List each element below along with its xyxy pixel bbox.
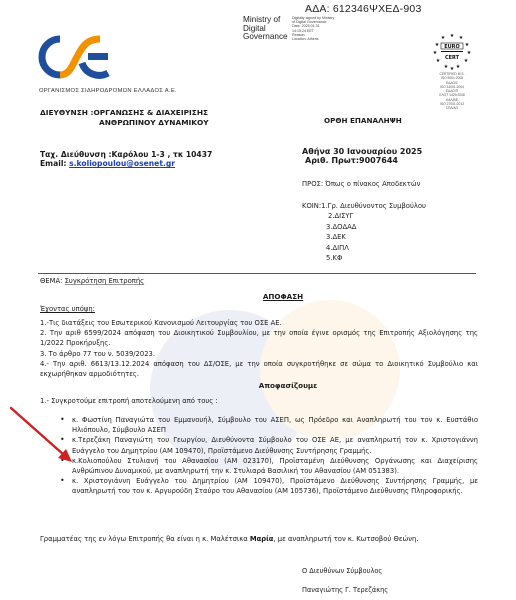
- svg-text:★: ★: [450, 33, 455, 39]
- svg-text:★: ★: [450, 66, 455, 72]
- protocol-number: Αριθ. Πρωτ:9007644: [302, 156, 422, 165]
- digital-signature: Digitally signed by Ministry of Digital …: [292, 16, 334, 41]
- considering-heading: Έχοντας υπόψη:: [40, 305, 95, 313]
- svg-text:CERT: CERT: [445, 55, 460, 61]
- signatory-name: Παναγιώτης Γ. Τερεζάκης: [302, 586, 388, 594]
- considerations-list: 1.-Τις διατάξεις του Εσωτερικού Κανονισμ…: [40, 318, 478, 379]
- svg-text:★: ★: [444, 64, 449, 70]
- svg-text:EURO: EURO: [444, 44, 460, 50]
- eurocert-badge-icon: ★★★ ★★ ★★ ★★ ★★★ EURO CERT: [430, 32, 474, 72]
- signatory-title: Ο Διευθύνων Σύμβουλος: [302, 567, 382, 575]
- ose-logo-icon: [38, 33, 116, 81]
- consideration-item: 4.- Την αριθ. 6613/13.12.2024 απόφαση το…: [40, 359, 478, 379]
- svg-text:★: ★: [435, 42, 440, 48]
- email-link[interactable]: s.koliopoulou@osenet.gr: [69, 159, 175, 168]
- consideration-item: 2. Την αριθ 6599/2024 απόφαση του Διοικη…: [40, 328, 478, 348]
- consideration-item: 1.-Τις διατάξεις του Εσωτερικού Κανονισμ…: [40, 318, 478, 328]
- svg-text:★: ★: [465, 42, 470, 48]
- svg-text:★: ★: [459, 35, 464, 41]
- svg-text:★: ★: [464, 58, 469, 64]
- committee-member: κ. Φωστίνη Παναγιώτα του Εμμανουήλ, Σύμβ…: [60, 415, 478, 435]
- subject-line: ΘΕΜΑ: Συγκρότηση Επιτροπής: [40, 277, 144, 285]
- svg-text:★: ★: [436, 58, 441, 64]
- date-protocol: Αθήνα 30 Ιανουαρίου 2025 Αριθ. Πρωτ:9007…: [302, 147, 422, 165]
- committee-members-list: κ. Φωστίνη Παναγιώτα του Εμμανουήλ, Σύμβ…: [60, 415, 478, 497]
- svg-text:★: ★: [433, 50, 438, 56]
- red-arrow-annotation-icon: [8, 405, 78, 467]
- ada-code: ΑΔΑ: 612346ΨΧΕΔ-903: [305, 3, 422, 15]
- email-label: Email:: [40, 159, 69, 168]
- department-heading: ΔΙΕΥΘΥΝΣΗ :ΟΡΓΑΝΩΣΗΣ & ΔΙΑΧΕΙΡΙΣΗΣ ΑΝΘΡΩ…: [40, 108, 209, 128]
- correction-notice: ΟΡΘΗ ΕΠΑΝΑΛΗΨΗ: [324, 116, 402, 125]
- organization-name: ΟΡΓΑΝΙΣΜΟΣ ΣΙΔΗΡΟΔΡΟΜΩΝ ΕΛΛΑΔΟΣ Α.Ε.: [39, 88, 177, 94]
- eurocert-certification: ★★★ ★★ ★★ ★★ ★★★ EURO CERT CERTIFIED M.S…: [429, 32, 475, 111]
- postal-address: Ταχ. Διεύθυνση :Καρόλου 1-3 , τκ 10437: [40, 150, 212, 159]
- svg-text:★: ★: [456, 64, 461, 70]
- committee-member: κ. Χριστογιάννη Ευάγγελο του Δημητρίου (…: [60, 476, 478, 496]
- recipients-to: ΠΡΟΣ: Όπως ο πίνακος Αποδεκτών: [302, 180, 420, 188]
- committee-member: κ.Τερεζάκη Παναγιώτη του Γεωργίου, Διευθ…: [60, 435, 478, 455]
- committee-intro: 1.- Συγκροτούμε επιτροπή αποτελούμενη απ…: [40, 397, 218, 405]
- header-divider: [38, 273, 476, 274]
- svg-text:★: ★: [467, 50, 472, 56]
- we-decide-heading: Αποφασίζουμε: [0, 381, 516, 390]
- svg-text:★: ★: [441, 35, 446, 41]
- secretary-line: Γραμματέας της εν λόγω Επιτροπής θα είνα…: [40, 535, 419, 543]
- document-date: Αθήνα 30 Ιανουαρίου 2025: [302, 147, 422, 156]
- consideration-item: 3. Το άρθρο 77 του ν. 5039/2023.: [40, 349, 478, 359]
- ministry-label: Ministry of Digital Governance: [243, 16, 288, 42]
- recipients-cc: ΚΟΙΝ:1.Γρ. Διευθύνοντος Συμβούλου 2.ΔΙΣΥ…: [302, 201, 426, 263]
- decision-title: ΑΠΟΦΑΣΗ: [0, 292, 516, 301]
- committee-member: κ.Κολιοπούλου Στυλιανή του Αθανασίου (ΑΜ…: [60, 456, 478, 476]
- contact-info: Ταχ. Διεύθυνση :Καρόλου 1-3 , τκ 10437 E…: [40, 150, 212, 169]
